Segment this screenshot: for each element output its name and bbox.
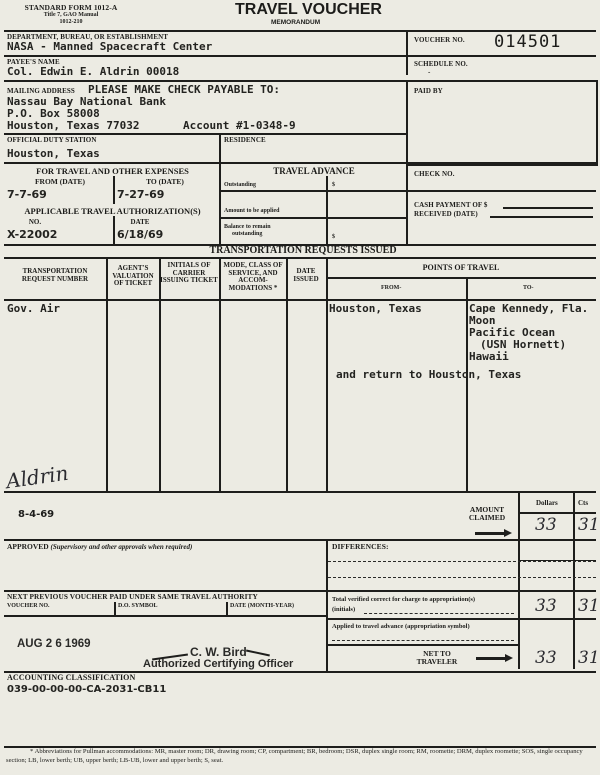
outstanding-label: Outstanding — [224, 182, 256, 189]
applied-advance-label: Applied to travel advance (appropriation… — [332, 623, 470, 630]
from-label: FROM- — [381, 285, 401, 292]
divider — [326, 539, 328, 671]
divider — [226, 602, 228, 615]
divider — [573, 491, 575, 669]
underline — [490, 216, 593, 218]
authorization-no-value[interactable]: X-22002 — [7, 229, 57, 241]
to-date-label: TO (DATE) — [125, 177, 205, 187]
divider — [159, 257, 161, 491]
previous-date-label: DATE (MONTH-YEAR) — [230, 603, 294, 610]
divider — [518, 491, 520, 669]
authorization-no-label: NO. — [20, 217, 50, 227]
divider — [4, 539, 596, 541]
certification-date-stamp: AUG 2 6 1969 — [17, 638, 91, 650]
duty-station-value[interactable]: Houston, Texas — [7, 148, 100, 160]
balance-label-2: outstanding — [232, 231, 262, 238]
divider — [4, 491, 596, 493]
initials-label: (initials) — [332, 606, 355, 613]
divider — [219, 217, 408, 219]
divider — [286, 257, 288, 491]
currency-symbol: $ — [332, 234, 335, 241]
net-dollars[interactable]: 33 — [535, 648, 557, 668]
department-value[interactable]: NASA - Manned Spacecraft Center — [7, 41, 212, 53]
return-note[interactable]: and return to Houston, Texas — [336, 369, 521, 381]
divider — [4, 299, 596, 301]
divider — [326, 257, 328, 491]
underline — [503, 207, 593, 209]
differences-label: DIFFERENCES: — [332, 543, 389, 551]
next-previous-label: NEXT PREVIOUS VOUCHER PAID UNDER SAME TR… — [7, 593, 258, 601]
expenses-label: FOR TRAVEL AND OTHER EXPENSES — [10, 166, 215, 176]
residence-label: RESIDENCE — [224, 136, 266, 144]
divider — [4, 55, 596, 57]
divider — [219, 257, 221, 491]
form-id-line1: STANDARD FORM 1012-A — [6, 4, 136, 12]
arrow-right-icon — [476, 657, 506, 660]
currency-symbol: $ — [332, 182, 335, 189]
approved-note: (Supervisory and other approvals when re… — [51, 543, 193, 551]
net-cents[interactable]: 31 — [578, 648, 600, 668]
authorization-date-label: DATE — [125, 217, 155, 227]
footnote: * Abbreviations for Pullman accommodatio… — [6, 748, 596, 765]
divider — [326, 277, 596, 279]
divider — [406, 162, 408, 244]
transportation-section-title: TRANSPORTATION REQUESTS ISSUED — [198, 246, 408, 256]
points-of-travel-label: POINTS OF TRAVEL — [326, 263, 596, 273]
stamp-line — [246, 650, 270, 656]
request-number-value[interactable]: Gov. Air — [7, 303, 60, 315]
divider — [4, 133, 408, 135]
divider — [406, 30, 408, 75]
amount-claimed-cents[interactable]: 31 — [578, 515, 600, 535]
form-id-line3: 1012-210 — [6, 19, 136, 26]
amount-applied-label: Amount to be applied — [224, 208, 280, 215]
approved-label-text: APPROVED — [7, 542, 49, 551]
from-date-label: FROM (DATE) — [20, 177, 100, 187]
divider — [113, 216, 115, 244]
col-date-issued: DATE ISSUED — [287, 268, 325, 283]
divider — [326, 644, 518, 646]
received-date-label: RECEIVED (DATE) — [414, 210, 478, 218]
amount-claimed-dollars[interactable]: 33 — [535, 515, 557, 535]
form-id: STANDARD FORM 1012-A Title 7, GAO Manual… — [6, 4, 136, 26]
divider — [518, 512, 596, 514]
dollars-label: Dollars — [536, 500, 558, 507]
divider — [4, 257, 596, 259]
cash-payment-label: CASH PAYMENT OF $ — [414, 201, 487, 209]
dotted-line — [364, 613, 514, 614]
schedule-no-label: SCHEDULE NO. — [414, 60, 468, 68]
to-date-value[interactable]: 7-27-69 — [117, 189, 164, 201]
check-no-label: CHECK NO. — [414, 170, 455, 178]
divider — [106, 257, 108, 491]
to-label: TO- — [523, 285, 534, 292]
traveler-signature: Aldrin — [5, 461, 70, 493]
divider — [114, 602, 116, 615]
schedule-no-value[interactable]: - — [428, 68, 430, 76]
form-title: TRAVEL VOUCHER — [235, 1, 382, 19]
dotted-line — [328, 577, 596, 578]
authorization-date-value[interactable]: 6/18/69 — [117, 229, 163, 241]
balance-label-1: Balance to remain — [224, 224, 271, 231]
col-mode-class: MODE, CLASS OF SERVICE, AND ACCOM-MODATI… — [221, 262, 285, 292]
accounting-classification-label: ACCOUNTING CLASSIFICATION — [7, 674, 135, 682]
divider — [219, 133, 221, 163]
travel-advance-label: TRAVEL ADVANCE — [222, 166, 406, 176]
form-id-line2: Title 7, GAO Manual — [6, 12, 136, 19]
verified-dollars[interactable]: 33 — [535, 596, 557, 616]
mailing-address-label: MAILING ADDRESS — [7, 87, 75, 95]
do-symbol-label: D.O. SYMBOL — [118, 603, 158, 610]
approved-label: APPROVED (Supervisory and other approval… — [7, 542, 192, 551]
signature-date: 8-4-69 — [18, 509, 54, 520]
mailing-address-line4[interactable]: Houston, Texas 77032 — [7, 120, 139, 132]
voucher-no-value[interactable]: 014501 — [494, 32, 561, 52]
amount-claimed-label-2: CLAIMED — [462, 514, 512, 522]
voucher-no-label: VOUCHER NO. — [414, 36, 465, 44]
dotted-line — [328, 561, 596, 562]
previous-voucher-no-label: VOUCHER NO. — [7, 603, 50, 610]
to-value-5[interactable]: Hawaii — [469, 351, 509, 363]
divider — [4, 80, 408, 82]
accounting-classification-value[interactable]: 039-00-00-00-CA-2031-CB11 — [7, 684, 166, 696]
divider — [326, 176, 328, 244]
divider — [219, 190, 408, 192]
form-subtitle: MEMORANDUM — [271, 19, 320, 26]
from-value[interactable]: Houston, Texas — [329, 303, 422, 315]
arrow-right-icon — [475, 532, 505, 535]
divider — [4, 162, 596, 164]
divider — [113, 176, 115, 204]
net-to-traveler-label-2: TRAVELER — [412, 658, 462, 666]
divider — [219, 162, 221, 244]
from-date-value[interactable]: 7-7-69 — [7, 189, 47, 201]
col-agent-valuation: AGENT'S VALUATION OF TICKET — [107, 265, 159, 288]
duty-station-label: OFFICIAL DUTY STATION — [7, 136, 96, 144]
divider — [4, 615, 328, 617]
divider — [518, 560, 596, 561]
col-request-number: TRANSPORTATION REQUEST NUMBER — [6, 268, 104, 283]
account-number[interactable]: Account #1-0348-9 — [183, 120, 296, 132]
col-carrier-initials: INITIALS OF CARRIER ISSUING TICKET — [160, 262, 218, 285]
verified-cents[interactable]: 31 — [578, 596, 600, 616]
total-verified-label: Total verified correct for charge to app… — [332, 596, 475, 603]
divider — [466, 277, 468, 491]
paid-by-label: PAID BY — [414, 87, 443, 95]
certifying-officer-name: C. W. Bird — [190, 645, 247, 659]
divider — [406, 190, 596, 192]
payee-value[interactable]: Col. Edwin E. Aldrin 00018 — [7, 66, 179, 78]
dotted-line — [332, 640, 514, 641]
divider — [326, 618, 596, 620]
certifying-officer-title: Authorized Certifying Officer — [143, 658, 293, 670]
travel-authorization-label: APPLICABLE TRAVEL AUTHORIZATION(S) — [10, 206, 215, 216]
cents-label: Cts — [578, 500, 588, 507]
